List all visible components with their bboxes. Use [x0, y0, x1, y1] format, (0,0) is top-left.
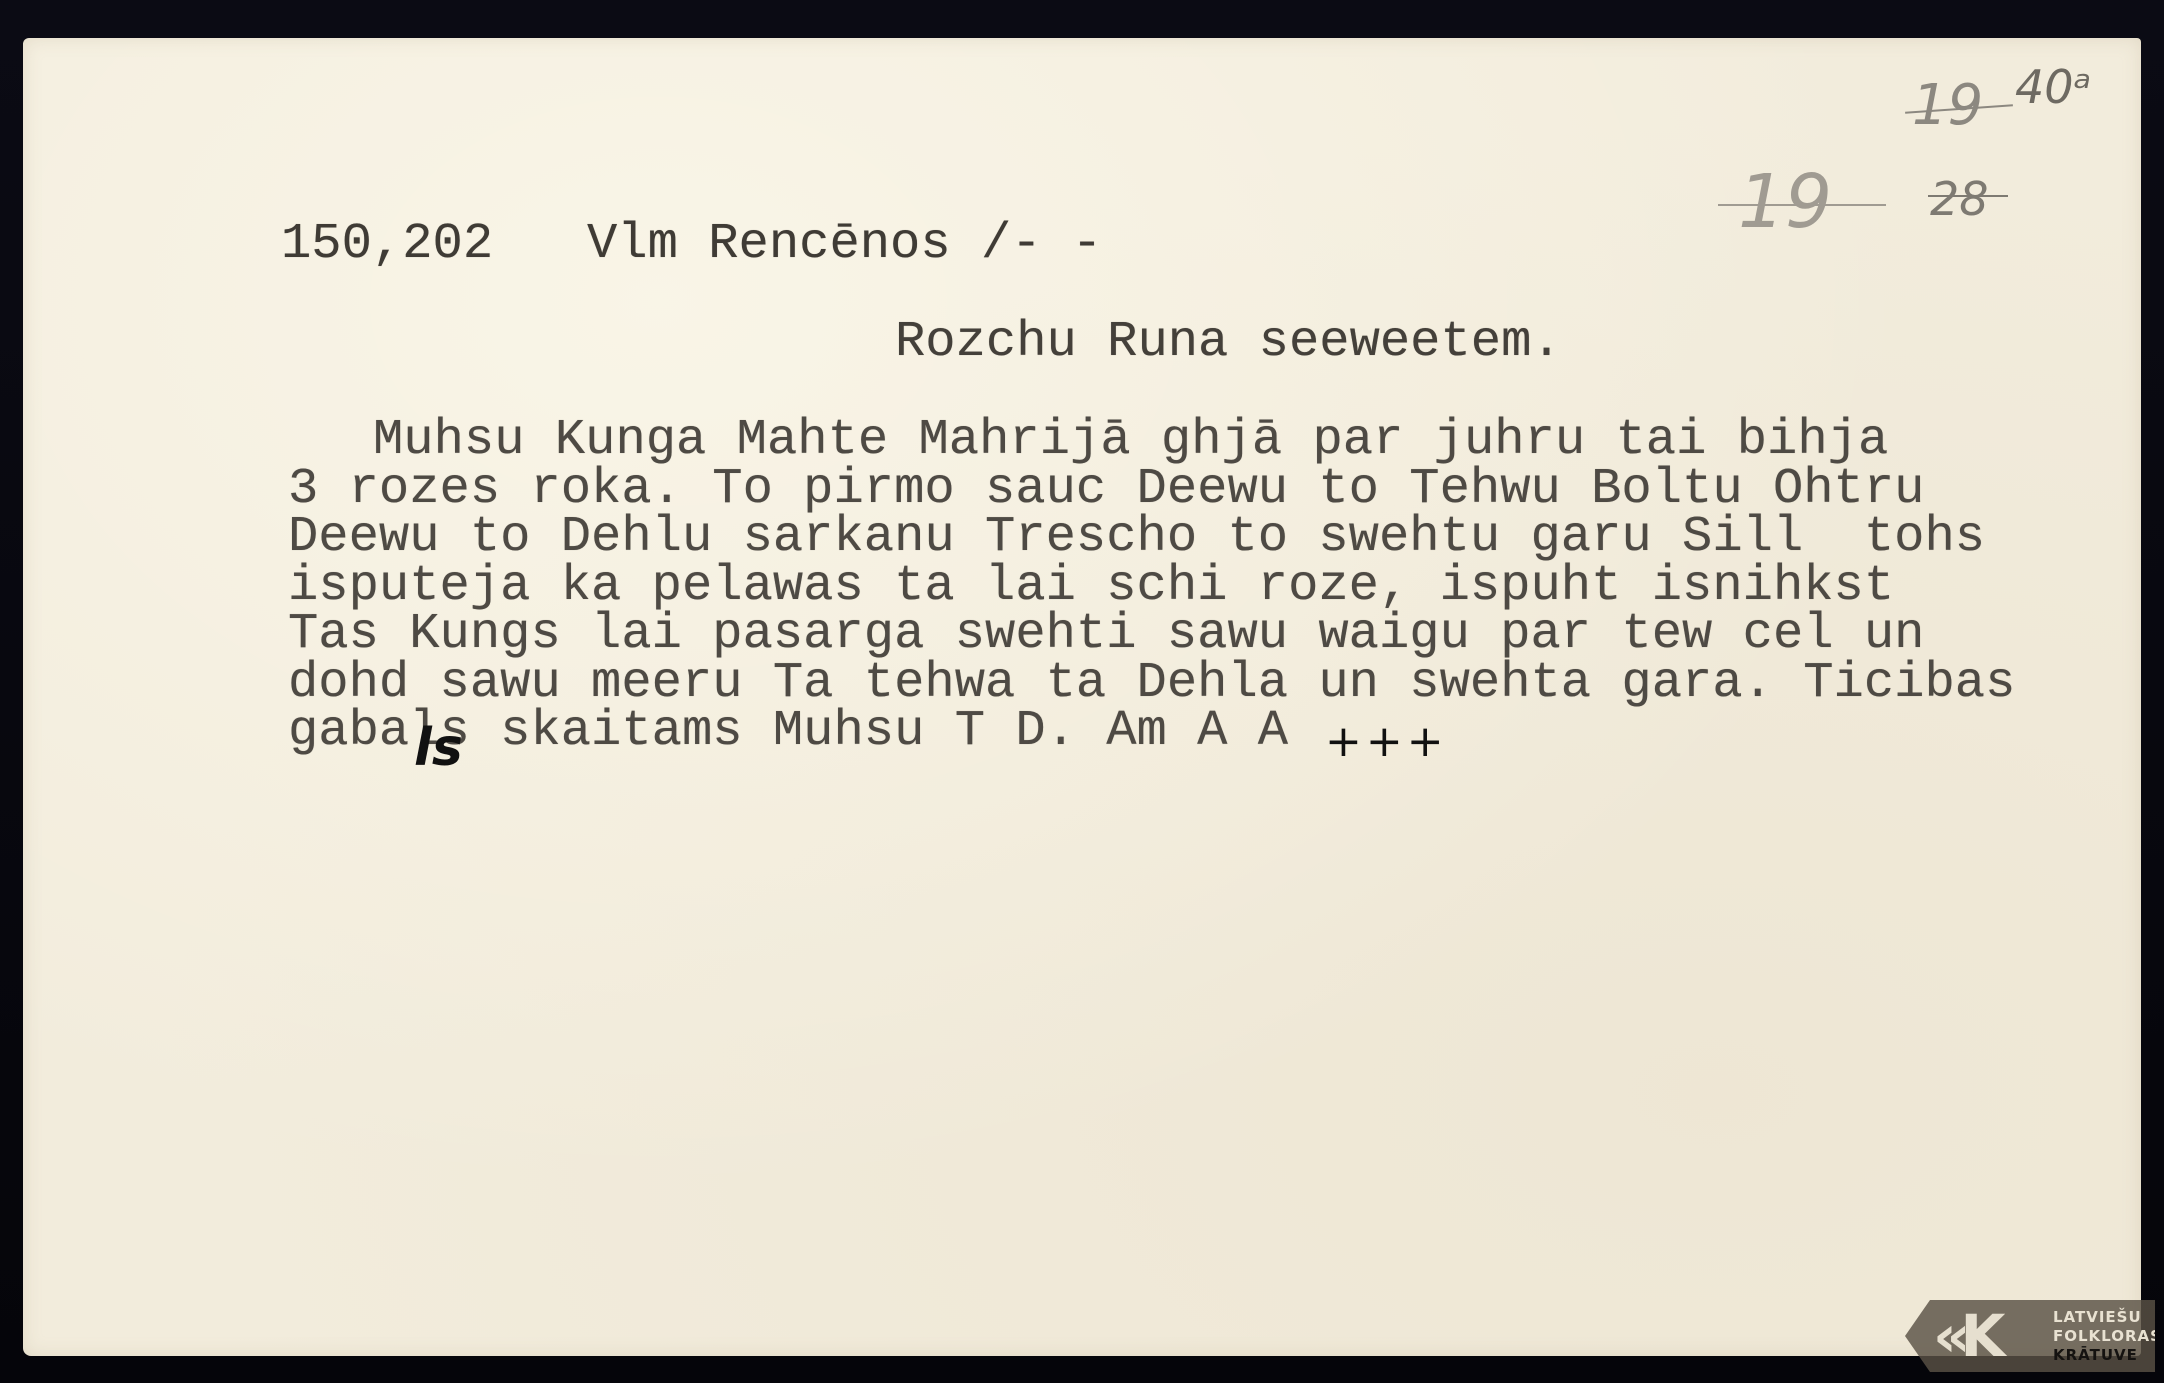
pencil-note-struck-left: 19 [1738, 165, 1832, 239]
body-line: Deewu to Dehlu sarkanu Trescho to swehtu… [288, 514, 2015, 563]
logo-line-2: FOLKLORAS [2053, 1327, 2162, 1346]
archive-logo: «K LATVIEŠU FOLKLORAS KRĀTUVE [1905, 1300, 2155, 1372]
document-body: Muhsu Kunga Mahte Mahrijā ghjā par juhru… [288, 417, 2015, 757]
body-line: isputeja ka pelawas ta lai schi roze, is… [288, 563, 2015, 612]
reference-number: 150,202 [281, 220, 493, 271]
handwritten-crosses: +++ [1325, 720, 1448, 764]
body-line: 3 rozes roka. To pirmo sauc Deewu to Teh… [288, 466, 2015, 515]
handwritten-correction: ls [414, 722, 463, 774]
body-line: Muhsu Kunga Mahte Mahrijā ghjā par juhru… [288, 417, 2015, 466]
pencil-note-struck-right: 28 [1930, 176, 1989, 222]
logo-chevrons-icon: «K [1933, 1306, 1995, 1366]
strike-line [1928, 195, 2008, 197]
document-title: Rozchu Runa seeweetem. [895, 318, 1562, 369]
logo-text: LATVIEŠU FOLKLORAS KRĀTUVE [2053, 1308, 2162, 1365]
pencil-note-replacement: 40ᵃ [2015, 64, 2092, 110]
body-line: gabals skaitams Muhsu T D. Am A A [288, 708, 2015, 757]
body-line: Tas Kungs lai pasarga swehti sawu waigu … [288, 611, 2015, 660]
strike-line [1718, 204, 1886, 206]
logo-line-1: LATVIEŠU [2053, 1308, 2162, 1327]
logo-line-3: KRĀTUVE [2053, 1346, 2162, 1365]
location-label: Vlm Rencēnos /- - [587, 220, 1102, 271]
body-line: dohd sawu meeru Ta tehwa ta Dehla un swe… [288, 660, 2015, 709]
